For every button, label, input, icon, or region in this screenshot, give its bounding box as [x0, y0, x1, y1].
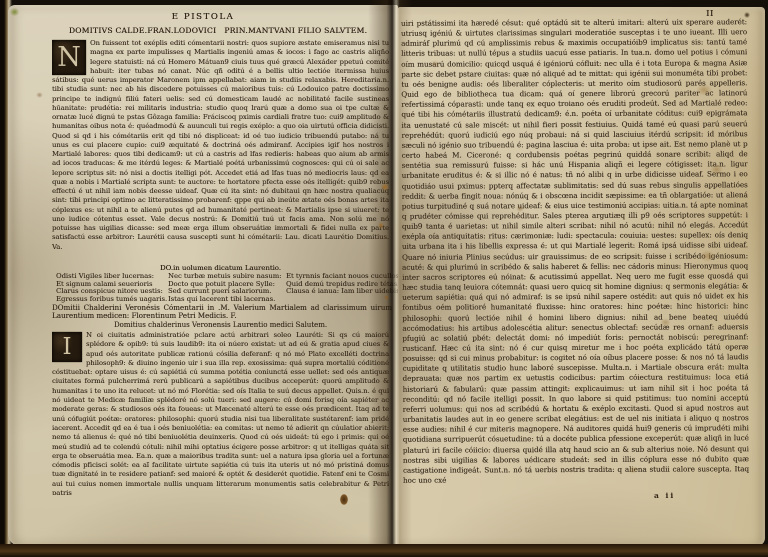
verse-column-1: Odisti Vigiles liber lucernas: Et signum…: [56, 273, 168, 303]
commentary-section-heading: DOmitii Chalderini Veronésis Cómentarii …: [52, 304, 392, 321]
epistle-title: DOMITIVS CALDE.FRAN.LODOVICI PRIN.MANTVA…: [38, 26, 398, 35]
left-paragraph-1-text: On fuissent tot exéplis editi cómentarii…: [52, 39, 389, 251]
epigram-verse: Odisti Vigiles liber lucernas: Et signum…: [56, 273, 390, 303]
drop-cap-initial-2: I: [52, 332, 82, 362]
left-paragraph-2-text: N oi ciuitatis administratióe pclare act…: [52, 331, 389, 495]
quire-signature: a ii: [654, 491, 675, 500]
verse-heading: DO.in uolumen dicatum Laurentio.: [52, 264, 389, 272]
salutation-line: Domitius chalderinus Veronensis Laurenti…: [52, 321, 389, 329]
left-page: E PISTOLA DOMITIVS CALDE.FRAN.LODOVICI P…: [8, 5, 398, 546]
right-page: II uiri pstátissimi ita hæredé césut: qu…: [398, 7, 765, 546]
left-paragraph-2: IN oi ciuitatis administratióe pclare ac…: [52, 331, 389, 495]
drop-cap-initial-1: N: [52, 40, 86, 75]
verse-column-3: Et tyrnnis faciant nouos cucullos. Quid …: [286, 273, 390, 303]
book-bottom-edge: [0, 544, 768, 557]
left-paragraph-1: NOn fuissent tot exéplis editi cómentari…: [52, 39, 389, 258]
right-page-paragraph: uiri pstátissimi ita hæredé césut: qué o…: [401, 17, 749, 498]
verse-line: Istas qui lacerent tibi lacernas.: [168, 296, 286, 304]
book-photo: E PISTOLA DOMITIVS CALDE.FRAN.LODOVICI P…: [0, 0, 768, 557]
running-title: E PISTOLA: [8, 12, 398, 22]
verse-column-2: Nec turbæ metuis subire nasum: Docto que…: [168, 273, 286, 303]
verse-line: Egressus foribus tumés uagaris.: [56, 296, 168, 304]
verse-line: Clausa é ianua: Iam liber uidebis.: [286, 288, 390, 296]
